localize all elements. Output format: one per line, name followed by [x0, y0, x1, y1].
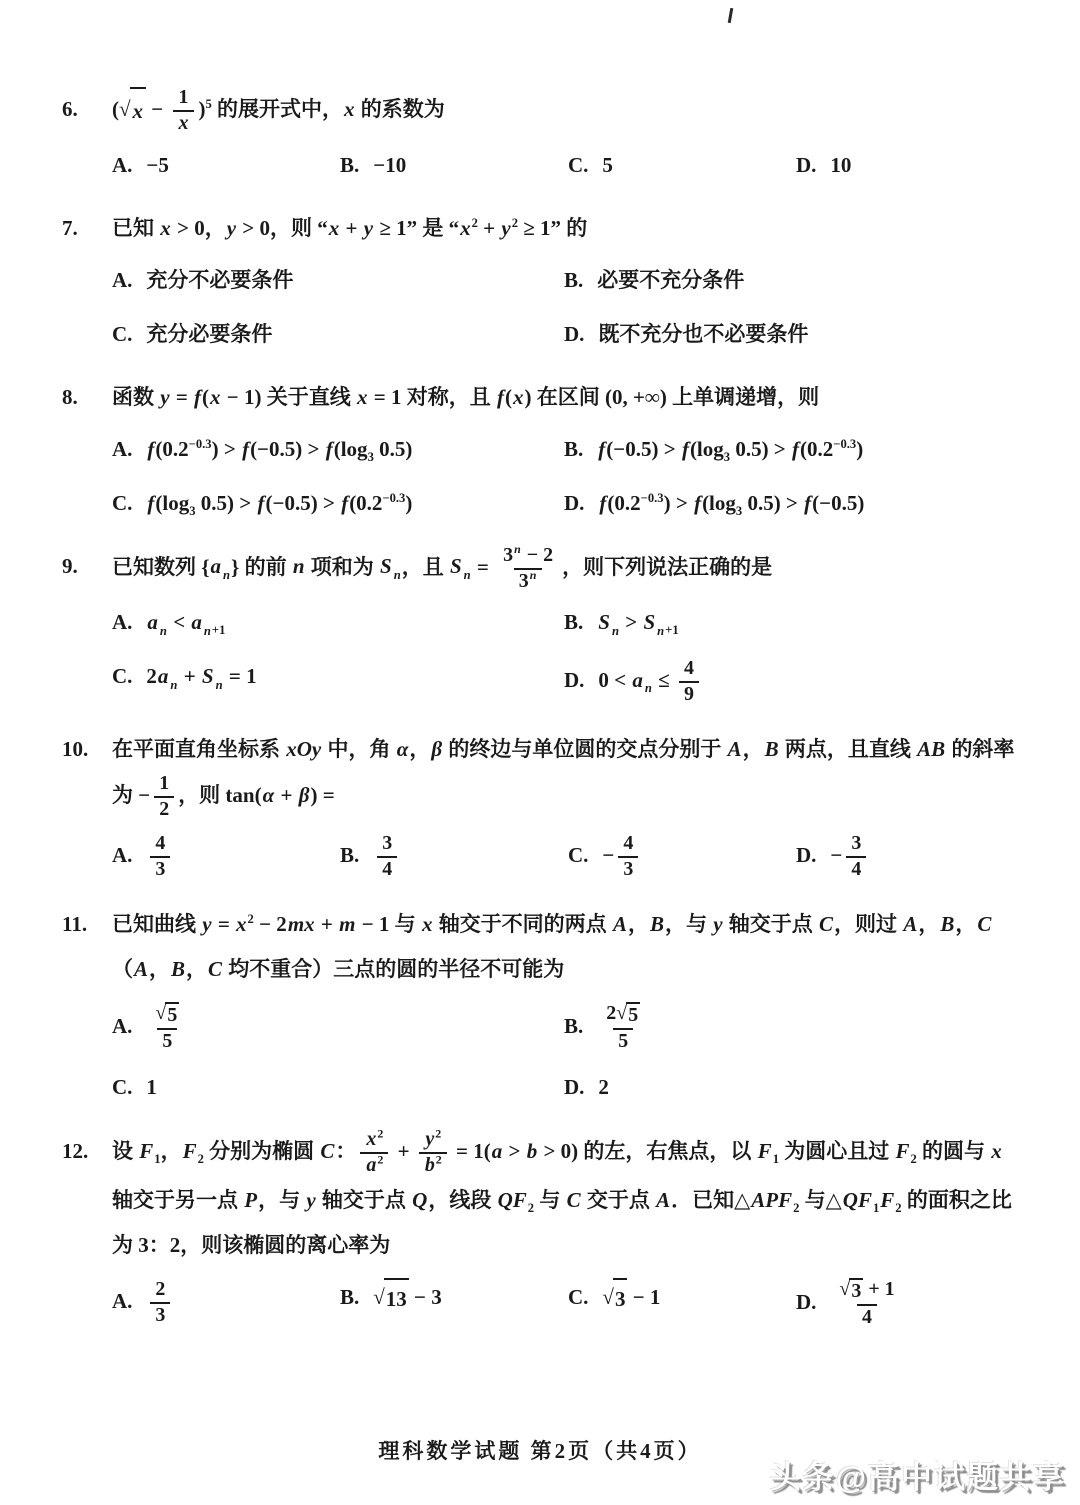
fraction-numerator: 4 — [618, 832, 638, 856]
math-variable: f — [241, 437, 250, 461]
option-label: D. — [564, 661, 584, 701]
option-label: B. — [564, 603, 583, 643]
option-content: 34 — [373, 832, 401, 882]
subscript: 2 — [911, 1152, 917, 1166]
option-label: C. — [112, 484, 132, 524]
math-variable: x — [235, 912, 248, 936]
math-variable: α — [262, 783, 276, 807]
fraction: 34 — [377, 832, 397, 882]
math-variable: n — [292, 554, 306, 578]
math-variable: F — [757, 1139, 773, 1163]
scan-artifact — [728, 8, 734, 23]
option-C: C.√3 − 1 — [568, 1278, 796, 1330]
option-D: D.√3 + 14 — [796, 1278, 1028, 1330]
option-B: B.34 — [340, 832, 568, 882]
math-variable: f — [146, 491, 155, 515]
option-content: −10 — [373, 146, 406, 186]
subscript: 3 — [724, 450, 730, 464]
math-variable: n — [222, 568, 231, 582]
option-label: D. — [564, 484, 584, 524]
question-stem: 函数 y = f(x − 1) 关于直线 x = 1 对称，且 f(x) 在区间… — [112, 375, 1028, 420]
option-content: f(0.2−0.3) > f(log3 0.5) > f(−0.5) — [598, 484, 864, 524]
radicand: 3 — [613, 1278, 628, 1320]
question-row: 7.已知 x > 0，y > 0，则 “x + y ≥ 1” 是 “x2 + y… — [62, 206, 1028, 355]
math-variable: a — [157, 664, 170, 688]
math-variable: f — [257, 491, 266, 515]
fraction-denominator: 2 — [154, 796, 174, 822]
math-variable: y — [424, 1128, 435, 1150]
question-8: 8.函数 y = f(x − 1) 关于直线 x = 1 对称，且 f(x) 在… — [62, 375, 1028, 524]
option-label: B. — [340, 836, 359, 876]
math-variable: a — [190, 610, 203, 634]
math-variable: A — [612, 912, 628, 936]
fraction-denominator: x — [173, 110, 195, 136]
subscript: 2 — [198, 1152, 204, 1166]
math-variable: A — [655, 1188, 671, 1212]
math-variable: y — [500, 216, 511, 240]
option-label: B. — [564, 1007, 583, 1047]
math-variable: a — [146, 610, 159, 634]
option-content: 23 — [146, 1278, 174, 1328]
superscript: 2 — [512, 216, 518, 230]
option-B: B.Sn > Sn+1 — [564, 603, 1028, 643]
math-variable: QF — [842, 1188, 873, 1212]
question-body: 已知曲线 y = x2 − 2mx + m − 1 与 x 轴交于不同的两点 A… — [112, 902, 1028, 1108]
math-variable: f — [325, 437, 334, 461]
fraction: 49 — [679, 657, 699, 707]
fraction-denominator: b2 — [419, 1152, 447, 1178]
question-number: 12. — [62, 1139, 112, 1164]
math-variable: f — [803, 491, 812, 515]
option-label: C. — [112, 1068, 132, 1108]
math-variable: n — [513, 542, 522, 556]
option-label: A. — [112, 430, 132, 470]
subscript: 1 — [154, 1152, 160, 1166]
math-variable: y — [305, 1188, 316, 1212]
question-stem: 已知数列 {an} 的前 n 项和为 Sn，且 Sn = 3n − 23n，则下… — [112, 544, 1028, 594]
fraction: 3n − 23n — [498, 544, 558, 594]
option-content: 2 — [598, 1068, 609, 1108]
superscript: 2 — [436, 1152, 442, 1166]
option-C: C.充分必要条件 — [112, 315, 564, 355]
math-variable: a — [210, 554, 223, 578]
math-variable: Q — [411, 1188, 428, 1212]
superscript: 5 — [205, 97, 211, 111]
option-content: −34 — [830, 832, 870, 882]
math-variable: F — [879, 1188, 895, 1212]
fraction-denominator: 4 — [377, 856, 397, 882]
math-variable: S — [642, 610, 656, 634]
question-row: 11.已知曲线 y = x2 − 2mx + m − 1 与 x 轴交于不同的两… — [62, 902, 1028, 1108]
math-variable: QF — [497, 1188, 528, 1212]
math-variable: x — [365, 1128, 377, 1150]
fraction-numerator: 2 — [150, 1278, 170, 1302]
question-6: 6.(√x − 1x)5 的展开式中，x 的系数为A.−5B.−10C.5D.1… — [62, 86, 1028, 186]
math-variable: x — [990, 1139, 1003, 1163]
option-content: 1 — [146, 1068, 157, 1108]
fraction: 12 — [154, 772, 174, 822]
fraction: √3 + 14 — [834, 1278, 899, 1330]
superscript: 2 — [472, 216, 478, 230]
option-A: A.an < an+1 — [112, 603, 564, 643]
option-label: B. — [340, 146, 359, 186]
options-group: A.f(0.2−0.3) > f(−0.5) > f(log3 0.5)B.f(… — [112, 430, 1028, 524]
radicand: 3 — [849, 1278, 863, 1304]
superscript: −0.3 — [189, 437, 212, 451]
question-stem: (√x − 1x)5 的展开式中，x 的系数为 — [112, 86, 1028, 136]
option-label: C. — [112, 657, 132, 697]
fraction-denominator: 9 — [679, 681, 699, 707]
math-variable: F — [182, 1139, 198, 1163]
math-variable: F — [138, 1139, 154, 1163]
fraction-numerator: √3 + 1 — [834, 1278, 899, 1304]
fraction: 43 — [150, 832, 170, 882]
math-variable: f — [193, 385, 202, 409]
fraction-denominator: 5 — [157, 1028, 177, 1054]
math-variable: x — [178, 112, 190, 134]
option-content: 必要不充分条件 — [597, 261, 744, 301]
option-content: an < an+1 — [146, 603, 225, 643]
option-label: D. — [564, 1068, 584, 1108]
option-label: C. — [112, 315, 132, 355]
math-variable: f — [340, 491, 349, 515]
exam-paper-page: 6.(√x − 1x)5 的展开式中，x 的系数为A.−5B.−10C.5D.1… — [0, 0, 1080, 1505]
question-row: 10.在平面直角坐标系 xOy 中，角 α，β 的终边与单位圆的交点分别于 A，… — [62, 727, 1028, 882]
option-A: A.−5 — [112, 146, 340, 186]
math-variable: n — [169, 678, 178, 692]
math-variable: n — [611, 624, 620, 638]
fraction-numerator: 1 — [154, 772, 174, 796]
option-D: D.0 < an ≤ 49 — [564, 657, 1028, 707]
math-variable: S — [201, 664, 215, 688]
math-variable: S — [379, 554, 393, 578]
radicand: 5 — [626, 1002, 640, 1028]
math-variable: C — [207, 957, 223, 981]
question-7: 7.已知 x > 0，y > 0，则 “x + y ≥ 1” 是 “x2 + y… — [62, 206, 1028, 355]
math-variable: n — [215, 678, 224, 692]
subscript: 2 — [793, 1201, 799, 1215]
math-variable: C — [818, 912, 834, 936]
math-variable: y — [226, 216, 237, 240]
math-variable: x — [356, 385, 369, 409]
option-label: C. — [568, 836, 588, 876]
fraction-denominator: 3 — [618, 856, 638, 882]
option-label: A. — [112, 146, 132, 186]
option-D: D.既不充分也不必要条件 — [564, 315, 1028, 355]
math-variable: n — [203, 624, 212, 638]
fraction-numerator: 4 — [679, 657, 699, 681]
option-content: √55 — [146, 1002, 188, 1054]
options-group: A.√55B.2√55C.1D.2 — [112, 1002, 1028, 1108]
fraction-denominator: 3 — [150, 856, 170, 882]
fraction: 23 — [150, 1278, 170, 1328]
option-D: D.2 — [564, 1068, 1028, 1108]
math-variable: x — [209, 385, 222, 409]
math-variable: xOy — [285, 737, 322, 761]
math-variable: P — [243, 1188, 258, 1212]
question-body: 已知数列 {an} 的前 n 项和为 Sn，且 Sn = 3n − 23n，则下… — [112, 544, 1028, 708]
math-variable: β — [298, 783, 311, 807]
question-stem: 在平面直角坐标系 xOy 中，角 α，β 的终边与单位圆的交点分别于 A，B 两… — [112, 727, 1028, 822]
fraction-numerator: 4 — [150, 832, 170, 856]
radical: √13 — [373, 1278, 409, 1320]
math-variable: x — [343, 97, 356, 121]
subscript: 3 — [736, 504, 742, 518]
radicand: x — [130, 87, 147, 134]
question-row: 8.函数 y = f(x − 1) 关于直线 x = 1 对称，且 f(x) 在… — [62, 375, 1028, 524]
radical: √5 — [616, 1002, 640, 1028]
math-variable: b — [424, 1154, 436, 1176]
subscript: n — [215, 678, 224, 692]
math-variable: x — [421, 912, 434, 936]
option-content: −5 — [146, 146, 168, 186]
option-A: A.√55 — [112, 1002, 564, 1054]
math-variable: f — [146, 437, 155, 461]
fraction-numerator: 1 — [174, 86, 194, 110]
fraction: y2b2 — [419, 1128, 447, 1178]
question-body: 函数 y = f(x − 1) 关于直线 x = 1 对称，且 f(x) 在区间… — [112, 375, 1028, 524]
fraction-denominator: 3 — [150, 1302, 170, 1328]
option-label: D. — [796, 146, 816, 186]
subscript: 1 — [773, 1152, 779, 1166]
subscript: n+1 — [656, 624, 679, 638]
question-number: 8. — [62, 385, 112, 410]
fraction: 43 — [618, 832, 638, 882]
option-D: D.−34 — [796, 832, 1028, 882]
math-variable: β — [430, 737, 443, 761]
radical: √3 — [602, 1278, 627, 1320]
fraction-denominator: 5 — [613, 1028, 633, 1054]
subscript: n — [463, 568, 472, 582]
options-group: A.23B.√13 − 3C.√3 − 1D.√3 + 14 — [112, 1278, 1028, 1330]
superscript: 2 — [435, 1127, 441, 1141]
question-stem: 设 F1，F2 分别为椭圆 C：x2a2 + y2b2 = 1(a > b > … — [112, 1128, 1028, 1268]
option-content: 5 — [602, 146, 613, 186]
math-variable: x — [512, 385, 525, 409]
option-A: A.23 — [112, 1278, 340, 1330]
option-label: C. — [568, 1278, 588, 1318]
math-variable: S — [449, 554, 463, 578]
math-variable: n — [159, 624, 168, 638]
subscript: n — [393, 568, 402, 582]
math-variable: C — [976, 912, 992, 936]
option-label: B. — [564, 430, 583, 470]
math-variable: AB — [916, 737, 946, 761]
option-label: C. — [568, 146, 588, 186]
math-variable: C — [566, 1188, 582, 1212]
question-number: 11. — [62, 912, 112, 937]
math-variable: n — [463, 568, 472, 582]
math-variable: f — [681, 437, 690, 461]
math-variable: b — [526, 1139, 539, 1163]
question-body: 设 F1，F2 分别为椭圆 C：x2a2 + y2b2 = 1(a > b > … — [112, 1128, 1028, 1330]
math-variable: APF — [750, 1188, 793, 1212]
radical: √5 — [155, 1002, 179, 1028]
fraction-numerator: x2 — [360, 1128, 388, 1152]
subscript: n+1 — [203, 624, 226, 638]
option-content: 10 — [830, 146, 851, 186]
option-A: A.43 — [112, 832, 340, 882]
question-12: 12.设 F1，F2 分别为椭圆 C：x2a2 + y2b2 = 1(a > b… — [62, 1128, 1028, 1330]
option-content: 既不充分也不必要条件 — [598, 315, 808, 355]
math-variable: α — [396, 737, 410, 761]
math-variable: A — [902, 912, 918, 936]
math-variable: x — [132, 99, 145, 123]
fraction-numerator: 2√5 — [601, 1002, 645, 1028]
superscript: 2 — [377, 1127, 383, 1141]
option-label: D. — [564, 315, 584, 355]
subscript: n — [222, 568, 231, 582]
fraction-numerator: 3 — [377, 832, 397, 856]
fraction: 34 — [846, 832, 866, 882]
math-variable: x — [328, 216, 341, 240]
math-variable: y — [201, 912, 212, 936]
option-B: B.−10 — [340, 146, 568, 186]
math-variable: a — [631, 668, 644, 692]
math-variable: C — [319, 1139, 335, 1163]
fraction-numerator: 3 — [846, 832, 866, 856]
math-variable: a — [365, 1154, 377, 1176]
questions-area: 6.(√x − 1x)5 的展开式中，x 的系数为A.−5B.−10C.5D.1… — [62, 86, 1028, 1350]
subscript: n — [169, 678, 178, 692]
superscript: −0.3 — [641, 491, 664, 505]
radicand: 5 — [165, 1002, 179, 1028]
options-group: A.−5B.−10C.5D.10 — [112, 146, 1028, 186]
math-variable: x — [159, 216, 172, 240]
question-number: 9. — [62, 554, 112, 579]
question-row: 6.(√x − 1x)5 的展开式中，x 的系数为A.−5B.−10C.5D.1… — [62, 86, 1028, 186]
math-variable: x — [459, 216, 472, 240]
subscript: 3 — [189, 504, 195, 518]
option-content: 充分必要条件 — [146, 315, 272, 355]
math-variable: m — [338, 912, 356, 936]
option-content: 2√55 — [597, 1002, 649, 1054]
math-variable: y — [363, 216, 374, 240]
option-C: C.−43 — [568, 832, 796, 882]
option-label: D. — [796, 836, 816, 876]
fraction-denominator: a2 — [360, 1152, 388, 1178]
option-B: B.√13 − 3 — [340, 1278, 568, 1330]
math-variable: y — [712, 912, 723, 936]
fraction-denominator: 4 — [846, 856, 866, 882]
radicand: 13 — [384, 1278, 409, 1320]
option-label: A. — [112, 261, 132, 301]
subscript: n — [159, 624, 168, 638]
math-variable: f — [791, 437, 800, 461]
option-label: A. — [112, 836, 132, 876]
question-number: 10. — [62, 737, 112, 762]
option-D: D.f(0.2−0.3) > f(log3 0.5) > f(−0.5) — [564, 484, 1028, 524]
radical: √3 — [839, 1278, 863, 1304]
option-content: f(log3 0.5) > f(−0.5) > f(0.2−0.3) — [146, 484, 412, 524]
question-row: 9.已知数列 {an} 的前 n 项和为 Sn，且 Sn = 3n − 23n，… — [62, 544, 1028, 708]
math-variable: f — [693, 491, 702, 515]
option-label: B. — [564, 261, 583, 301]
math-variable: f — [496, 385, 505, 409]
math-variable: S — [597, 610, 611, 634]
option-C: C.f(log3 0.5) > f(−0.5) > f(0.2−0.3) — [112, 484, 564, 524]
option-label: A. — [112, 1282, 132, 1322]
math-variable: B — [939, 912, 955, 936]
subscript: 2 — [895, 1201, 901, 1215]
fraction-denominator: 3n — [514, 568, 543, 594]
question-body: (√x − 1x)5 的展开式中，x 的系数为A.−5B.−10C.5D.10 — [112, 86, 1028, 186]
option-content: f(0.2−0.3) > f(−0.5) > f(log3 0.5) — [146, 430, 412, 470]
math-variable: A — [133, 957, 149, 981]
option-content: √3 + 14 — [830, 1278, 903, 1330]
option-label: B. — [340, 1278, 359, 1318]
subscript: n — [611, 624, 620, 638]
option-label: D. — [796, 1283, 816, 1323]
option-A: A.f(0.2−0.3) > f(−0.5) > f(log3 0.5) — [112, 430, 564, 470]
math-variable: B — [170, 957, 186, 981]
superscript: −0.3 — [382, 491, 405, 505]
math-variable: B — [649, 912, 665, 936]
option-content: 充分不必要条件 — [146, 261, 293, 301]
option-content: −43 — [602, 832, 642, 882]
question-number: 6. — [62, 97, 112, 122]
option-B: B.必要不充分条件 — [564, 261, 1028, 301]
superscript: n — [513, 542, 522, 556]
question-row: 12.设 F1，F2 分别为椭圆 C：x2a2 + y2b2 = 1(a > b… — [62, 1128, 1028, 1330]
question-stem: 已知 x > 0，y > 0，则 “x + y ≥ 1” 是 “x2 + y2 … — [112, 206, 1028, 251]
option-B: B.f(−0.5) > f(log3 0.5) > f(0.2−0.3) — [564, 430, 1028, 470]
math-variable: n — [393, 568, 402, 582]
option-content: 43 — [146, 832, 174, 882]
fraction-numerator: √5 — [150, 1002, 184, 1028]
subscript: 3 — [368, 450, 374, 464]
option-C: C.2an + Sn = 1 — [112, 657, 564, 707]
option-content: 0 < an ≤ 49 — [598, 657, 702, 707]
fraction: √55 — [150, 1002, 184, 1054]
question-10: 10.在平面直角坐标系 xOy 中，角 α，β 的终边与单位圆的交点分别于 A，… — [62, 727, 1028, 882]
fraction: 2√55 — [601, 1002, 645, 1054]
math-variable: a — [491, 1139, 504, 1163]
math-variable: B — [764, 737, 780, 761]
question-stem: 已知曲线 y = x2 − 2mx + m − 1 与 x 轴交于不同的两点 A… — [112, 902, 1028, 992]
math-variable: A — [727, 737, 743, 761]
math-variable: f — [597, 437, 606, 461]
superscript: 2 — [377, 1152, 383, 1166]
option-D: D.10 — [796, 146, 1028, 186]
question-9: 9.已知数列 {an} 的前 n 项和为 Sn，且 Sn = 3n − 23n，… — [62, 544, 1028, 708]
math-variable: mx — [287, 912, 316, 936]
math-variable: f — [598, 491, 607, 515]
radical: √x — [119, 87, 146, 134]
option-B: B.2√55 — [564, 1002, 1028, 1054]
subscript: 2 — [528, 1201, 534, 1215]
option-content: f(−0.5) > f(log3 0.5) > f(0.2−0.3) — [597, 430, 863, 470]
question-body: 已知 x > 0，y > 0，则 “x + y ≥ 1” 是 “x2 + y2 … — [112, 206, 1028, 355]
question-body: 在平面直角坐标系 xOy 中，角 α，β 的终边与单位圆的交点分别于 A，B 两… — [112, 727, 1028, 882]
math-variable: n — [529, 568, 538, 582]
superscript: −0.3 — [833, 437, 856, 451]
fraction-numerator: 3n − 2 — [498, 544, 558, 568]
fraction-denominator: 4 — [857, 1304, 877, 1330]
question-11: 11.已知曲线 y = x2 − 2mx + m − 1 与 x 轴交于不同的两… — [62, 902, 1028, 1108]
option-A: A.充分不必要条件 — [112, 261, 564, 301]
options-group: A.an < an+1B.Sn > Sn+1C.2an + Sn = 1D.0 … — [112, 603, 1028, 707]
math-variable: n — [656, 624, 665, 638]
option-content: √13 − 3 — [373, 1278, 442, 1320]
option-label: A. — [112, 603, 132, 643]
superscript: 2 — [248, 912, 254, 926]
math-variable: y — [159, 385, 170, 409]
options-group: A.充分不必要条件B.必要不充分条件C.充分必要条件D.既不充分也不必要条件 — [112, 261, 1028, 355]
option-content: √3 − 1 — [602, 1278, 660, 1320]
option-label: A. — [112, 1007, 132, 1047]
superscript: n — [529, 568, 538, 582]
